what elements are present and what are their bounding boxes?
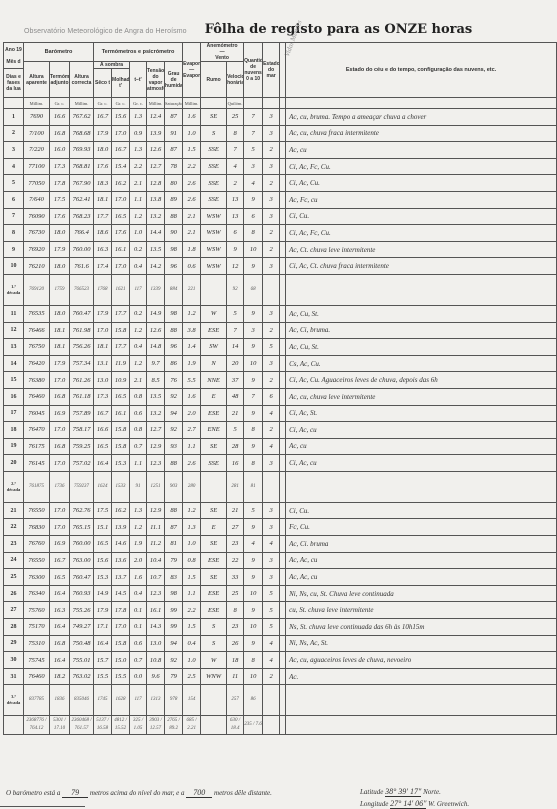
day-cell: 7 xyxy=(4,208,24,225)
cell-evap: 2.2 xyxy=(183,602,201,619)
cell-nuv: 8 xyxy=(244,652,263,669)
summary-mar xyxy=(263,716,280,735)
cell-hum: 78 xyxy=(165,158,183,175)
cell-mar: 3 xyxy=(263,158,280,175)
cell-hum: 86 xyxy=(165,355,183,372)
cell-evap: 1.5 xyxy=(183,142,201,159)
remarks-cell: Ni, Ns, cu, St. Chuva leve continuada xyxy=(286,585,557,602)
cell-mar: 3 xyxy=(263,191,280,208)
summary-evap: 685 / 2.21 xyxy=(183,716,201,735)
cell-vel: 21 xyxy=(227,502,244,519)
cell-alt-cor: 760.00 xyxy=(70,536,94,553)
header-t-diff: t–t' xyxy=(130,62,147,98)
cell-molh: 15.5 xyxy=(112,668,130,685)
table-row: 77609017.6768.2317.716.51.213.2882.1WSW1… xyxy=(4,208,557,225)
cell-vel: 48 xyxy=(227,388,244,405)
cell-evap: 2.1 xyxy=(183,225,201,242)
cell-alt-cor: 758.17 xyxy=(70,422,94,439)
cell-alt-cor: 769.93 xyxy=(70,142,94,159)
cell-mar: 2 xyxy=(263,175,280,192)
cell-mar: 4 xyxy=(263,635,280,652)
remarks-cell: Ci, Ac, cu xyxy=(286,455,557,472)
cell-evap: 1.8 xyxy=(183,241,201,258)
cell-molh: 15.6 xyxy=(112,109,130,126)
table-row: 67/64017.5762.4118.117.01.113.8892.6SSE1… xyxy=(4,191,557,208)
cell-term: 16.0 xyxy=(50,142,70,159)
cell-evap: 1.5 xyxy=(183,569,201,586)
summary-hum: 2765 / 89.2 xyxy=(165,716,183,735)
footer-rule xyxy=(0,806,85,807)
cell-seco: 14.9 xyxy=(94,585,112,602)
cell-term: 16.9 xyxy=(50,536,70,553)
table-row: 147642017.9757.3413.111.91.29.7861.9N201… xyxy=(4,355,557,372)
cell-alt-cor: 768.81 xyxy=(70,158,94,175)
remarks-cell: Ci, Ac, Cu. xyxy=(286,175,557,192)
remarks-cell: Ac, cu, aguaceiros leves de chuva, nevoe… xyxy=(286,652,557,669)
cell-alt-cor: 759.25 xyxy=(70,438,94,455)
cell-seco: 15.1 xyxy=(94,519,112,536)
cell-molh: 17.6 xyxy=(112,225,130,242)
cell-evap: 2.6 xyxy=(183,175,201,192)
header-apparent-height: Altura aparente xyxy=(24,62,50,98)
cell-evap: 1.6 xyxy=(183,109,201,126)
summary-nuv: 68 xyxy=(244,274,263,305)
cell-hum: 87 xyxy=(165,109,183,126)
day-cell: 9 xyxy=(4,241,24,258)
cell-seco: 15.3 xyxy=(94,569,112,586)
cell-rumo: SSE xyxy=(201,142,227,159)
summary-alt-ap: 761875 xyxy=(24,471,50,502)
summary-tensao: 3903 / 12.57 xyxy=(147,716,165,735)
cell-nuv: 9 xyxy=(244,258,263,275)
cell-diff: 1.1 xyxy=(130,191,147,208)
cell-diff: 1.3 xyxy=(130,142,147,159)
remarks-cell: cu, St. chuva leve intermitente xyxy=(286,602,557,619)
summary-vel: 630 / 18.4 xyxy=(227,716,244,735)
cell-hum: 88 xyxy=(165,455,183,472)
cell-molh: 11.9 xyxy=(112,355,130,372)
cell-alt-ap: 76470 xyxy=(24,422,50,439)
remarks-cell: Ci, Ac, St. xyxy=(286,405,557,422)
cell-molh: 15.8 xyxy=(112,322,130,339)
cell-tensao: 12.3 xyxy=(147,455,165,472)
cell-rumo: WSW xyxy=(201,225,227,242)
cell-tensao: 13.0 xyxy=(147,635,165,652)
table-row: 87673018.0766.418.617.61.014.4902.1WSW68… xyxy=(4,225,557,242)
cell-evap: 1.0 xyxy=(183,536,201,553)
summary-hum: 884 xyxy=(165,274,183,305)
decade-summary-row: 2.ª década761875173675923716241533911251… xyxy=(4,471,557,502)
cell-tensao: 14.3 xyxy=(147,619,165,636)
cell-molh: 14.5 xyxy=(112,585,130,602)
cell-alt-cor: 765.15 xyxy=(70,519,94,536)
cell-molh: 16.2 xyxy=(112,502,130,519)
cell-seco: 17.5 xyxy=(94,502,112,519)
cell-diff: 0.1 xyxy=(130,602,147,619)
cell-vel: 7 xyxy=(227,322,244,339)
cell-alt-cor: 762.76 xyxy=(70,502,94,519)
cell-tensao: 12.6 xyxy=(147,322,165,339)
cell-hum: 87 xyxy=(165,519,183,536)
cell-rumo: ESE xyxy=(201,552,227,569)
summary-seco: 1624 xyxy=(94,471,112,502)
summary-alt-cor: 759237 xyxy=(70,471,94,502)
cell-rumo: SE xyxy=(201,569,227,586)
cell-molh: 13.7 xyxy=(112,569,130,586)
cell-vel: 37 xyxy=(227,372,244,389)
cell-nuv: 10 xyxy=(244,668,263,685)
cell-alt-cor: 762.41 xyxy=(70,191,94,208)
decade-summary-row: 1.ª década769120175976652317681621117133… xyxy=(4,274,557,305)
cell-hum: 92 xyxy=(165,388,183,405)
cell-alt-cor: 761.26 xyxy=(70,372,94,389)
cell-diff: 1.2 xyxy=(130,519,147,536)
cell-rumo: SE xyxy=(201,109,227,126)
cell-mar: 3 xyxy=(263,208,280,225)
cell-alt-ap: 77100 xyxy=(24,158,50,175)
cell-mar: 6 xyxy=(263,388,280,405)
cell-rumo: SSE xyxy=(201,455,227,472)
cell-alt-ap: 76340 xyxy=(24,585,50,602)
cell-diff: 0.4 xyxy=(130,339,147,356)
register-table: Ano 19Mês d Barómetro Termómetros e psic… xyxy=(3,42,557,735)
cell-alt-cor: 756.26 xyxy=(70,339,94,356)
cell-nuv: 9 xyxy=(244,602,263,619)
cell-nuv: 3 xyxy=(244,322,263,339)
cell-alt-ap: 76045 xyxy=(24,405,50,422)
remarks-cell: Ns, St. chuva leve continuada das 6h às … xyxy=(286,619,557,636)
summary-term: 5301 / 17.10 xyxy=(50,716,70,735)
cell-rumo: S xyxy=(201,125,227,142)
cell-nuv: 9 xyxy=(244,191,263,208)
cell-nuv: 4 xyxy=(244,536,263,553)
cell-mar: 3 xyxy=(263,109,280,126)
cell-alt-ap: 7/220 xyxy=(24,142,50,159)
cell-mar: 5 xyxy=(263,339,280,356)
cell-alt-cor: 757.89 xyxy=(70,405,94,422)
cell-alt-ap: 76380 xyxy=(24,372,50,389)
register-body: 1769016.6767.6216.715.61.312.4871.6SE257… xyxy=(4,109,557,735)
cell-evap: 0.8 xyxy=(183,552,201,569)
cell-mar: 2 xyxy=(263,225,280,242)
cell-mar: 2 xyxy=(263,241,280,258)
day-cell: 23 xyxy=(4,536,24,553)
summary-alt-cor: 835046 xyxy=(70,685,94,716)
cell-alt-cor: 755.26 xyxy=(70,602,94,619)
cell-alt-cor: 757.34 xyxy=(70,355,94,372)
cell-hum: 76 xyxy=(165,372,183,389)
cell-diff: 0.1 xyxy=(130,619,147,636)
cell-mar: 2 xyxy=(263,372,280,389)
table-row: 117653518.0760.4717.917.70.214.9981.2W59… xyxy=(4,305,557,322)
unit-cell: Saturação=100 xyxy=(165,98,183,109)
summary-term: 1759 xyxy=(50,274,70,305)
cell-hum: 81 xyxy=(165,536,183,553)
summary-diff: 91 xyxy=(130,471,147,502)
summary-vel: 257 xyxy=(227,685,244,716)
cell-rumo: SE xyxy=(201,502,227,519)
cell-evap: 2.7 xyxy=(183,422,201,439)
latitude: Latitude 38° 39′ 17″ Norte. xyxy=(360,787,441,797)
summary-alt-ap: 2368776 / 764.12 xyxy=(24,716,50,735)
summary-evap: 154 xyxy=(183,685,201,716)
table-row: 107621018.0761.617.417.00.414.2960.6WSW1… xyxy=(4,258,557,275)
cell-tensao: 13.5 xyxy=(147,388,165,405)
cell-alt-ap: 7/100 xyxy=(24,125,50,142)
cell-hum: 98 xyxy=(165,241,183,258)
cell-seco: 17.1 xyxy=(94,619,112,636)
barometer-height: 79 xyxy=(62,788,88,798)
cell-diff: 0.4 xyxy=(130,585,147,602)
cell-alt-ap: 76090 xyxy=(24,208,50,225)
cell-hum: 79 xyxy=(165,552,183,569)
cell-rumo: ESE xyxy=(201,585,227,602)
cell-seco: 17.4 xyxy=(94,258,112,275)
header-dry: Sêco t xyxy=(94,69,112,98)
cell-diff: 1.0 xyxy=(130,225,147,242)
cell-tensao: 9.7 xyxy=(147,355,165,372)
cell-molh: 17.0 xyxy=(112,191,130,208)
cell-evap: 1.1 xyxy=(183,438,201,455)
summary-molh: 1533 xyxy=(112,471,130,502)
cell-seco: 17.9 xyxy=(94,125,112,142)
cell-term: 17.0 xyxy=(50,519,70,536)
cell-alt-ap: 77050 xyxy=(24,175,50,192)
table-row: 127646618.1761.9817.015.81.212.6883.8ESE… xyxy=(4,322,557,339)
cell-mar: 4 xyxy=(263,405,280,422)
cell-evap: 1.5 xyxy=(183,619,201,636)
page-title: Fôlha de registo para as ONZE horas xyxy=(0,22,557,37)
table-row: 187647017.0758.1716.615.80.812.7922.7ENE… xyxy=(4,422,557,439)
cell-alt-ap: 76550 xyxy=(24,502,50,519)
longitude: Longitude 27° 14′ 06″ W. Greenwich. xyxy=(360,799,469,809)
remarks-cell: Ac, Ac, cu xyxy=(286,569,557,586)
summary-diff: 117 xyxy=(130,685,147,716)
cell-nuv: 8 xyxy=(244,455,263,472)
cell-hum: 94 xyxy=(165,635,183,652)
cell-diff: 2.1 xyxy=(130,372,147,389)
unit-cell: Millim. xyxy=(183,98,201,109)
cell-diff: 0.7 xyxy=(130,438,147,455)
cell-molh: 15.3 xyxy=(112,455,130,472)
cell-vel: 25 xyxy=(227,585,244,602)
cell-diff: 2.1 xyxy=(130,175,147,192)
remarks-cell: Ac. xyxy=(286,668,557,685)
cell-diff: 0.2 xyxy=(130,305,147,322)
cell-rumo: N xyxy=(201,355,227,372)
cell-alt-cor: 761.18 xyxy=(70,388,94,405)
day-cell: 20 xyxy=(4,455,24,472)
cell-hum: 83 xyxy=(165,569,183,586)
cell-vel: 14 xyxy=(227,339,244,356)
cell-mar: 5 xyxy=(263,619,280,636)
summary-alt-ap: 837785 xyxy=(24,685,50,716)
header-attached-thermometer: Termómetro adjunto xyxy=(50,62,70,98)
cell-hum: 88 xyxy=(165,208,183,225)
summary-seco: 1745 xyxy=(94,685,112,716)
cell-nuv: 9 xyxy=(244,305,263,322)
cell-term: 17.0 xyxy=(50,372,70,389)
cell-alt-cor: 767.62 xyxy=(70,109,94,126)
cell-molh: 15.4 xyxy=(112,158,130,175)
cell-evap: 1.6 xyxy=(183,388,201,405)
cell-rumo: SSE xyxy=(201,175,227,192)
cell-molh: 17.8 xyxy=(112,602,130,619)
cell-tensao: 9.6 xyxy=(147,668,165,685)
cell-tensao: 14.9 xyxy=(147,305,165,322)
table-row: 57705017.8767.9018.316.22.112.8802.6SSE2… xyxy=(4,175,557,192)
header-sky-state: Estado do céu e do tempo, configuração d… xyxy=(286,43,557,98)
cell-tensao: 13.2 xyxy=(147,405,165,422)
cell-rumo: WSW xyxy=(201,241,227,258)
cell-mar: 3 xyxy=(263,125,280,142)
cell-hum: 94 xyxy=(165,405,183,422)
cell-evap: 2.1 xyxy=(183,208,201,225)
cell-seco: 18.1 xyxy=(94,191,112,208)
summary-evap: 280 xyxy=(183,471,201,502)
summary-rumo xyxy=(201,471,227,502)
cell-seco: 17.9 xyxy=(94,602,112,619)
cell-rumo: ESE xyxy=(201,602,227,619)
remarks-cell: Ci, Ac, cu xyxy=(286,422,557,439)
remarks-cell: Ac, cu, chuva leve intermitente xyxy=(286,388,557,405)
table-row: 287517016.4749.2717.117.00.114.3991.5S23… xyxy=(4,619,557,636)
remarks-cell: Ac, Ci. bruma xyxy=(286,536,557,553)
summary-term: 1736 xyxy=(50,471,70,502)
cell-nuv: 7 xyxy=(244,109,263,126)
cell-tensao: 10.8 xyxy=(147,652,165,669)
cell-hum: 91 xyxy=(165,125,183,142)
summary-nuv: 86 xyxy=(244,685,263,716)
remarks-cell: Ci, Ac, Fc, Cu. xyxy=(286,225,557,242)
summary-mar xyxy=(263,274,280,305)
cell-mar: 2 xyxy=(263,422,280,439)
cell-rumo: W xyxy=(201,652,227,669)
cell-hum: 90 xyxy=(165,225,183,242)
header-year-month: Ano 19Mês d xyxy=(4,43,24,69)
header-evaporometer: Evaporómetro—Evaporação xyxy=(183,43,201,98)
header-barometer: Barómetro xyxy=(24,43,94,62)
cell-mar: 4 xyxy=(263,536,280,553)
table-row: 177604516.9757.8916.716.10.613.2942.0ESE… xyxy=(4,405,557,422)
register-sheet: Observatório Meteorológico de Angra do H… xyxy=(0,0,557,809)
cell-tensao: 10.4 xyxy=(147,552,165,569)
cell-mar: 3 xyxy=(263,305,280,322)
day-cell: 10 xyxy=(4,258,24,275)
cell-alt-cor: 760.00 xyxy=(70,241,94,258)
cell-nuv: 5 xyxy=(244,142,263,159)
summary-seco: 1768 xyxy=(94,274,112,305)
cell-tensao: 11.2 xyxy=(147,536,165,553)
cell-term: 17.0 xyxy=(50,422,70,439)
cell-diff: 1.3 xyxy=(130,502,147,519)
cell-vel: 23 xyxy=(227,619,244,636)
summary-alt-cor: 2360468 / 761.57 xyxy=(70,716,94,735)
cell-alt-ap: 75170 xyxy=(24,619,50,636)
header-shade: À sombra xyxy=(94,62,130,69)
cell-evap: 2.2 xyxy=(183,158,201,175)
cell-hum: 89 xyxy=(165,191,183,208)
cell-evap: 1.3 xyxy=(183,519,201,536)
cell-term: 17.9 xyxy=(50,241,70,258)
cell-seco: 18.1 xyxy=(94,339,112,356)
cell-vel: 20 xyxy=(227,355,244,372)
cell-mar: 3 xyxy=(263,552,280,569)
summary-hum: 903 xyxy=(165,471,183,502)
cell-diff: 1.2 xyxy=(130,355,147,372)
cell-vel: 6 xyxy=(227,225,244,242)
cell-seco: 17.6 xyxy=(94,158,112,175)
cell-alt-cor: 767.90 xyxy=(70,175,94,192)
day-cell: 1 xyxy=(4,109,24,126)
table-row: 167646016.8761.1817.316.50.813.5921.6E48… xyxy=(4,388,557,405)
cell-hum: 87 xyxy=(165,142,183,159)
cell-vel: 7 xyxy=(227,142,244,159)
summary-seco: 5137 / 16.58 xyxy=(94,716,112,735)
cell-rumo: S xyxy=(201,635,227,652)
unit-cell: Gr. c. xyxy=(94,98,112,109)
cell-vel: 26 xyxy=(227,635,244,652)
cell-term: 17.8 xyxy=(50,175,70,192)
cell-rumo: ENE xyxy=(201,422,227,439)
header-vapor-tension: Tensão do vapor atmosférico xyxy=(147,62,165,98)
cell-seco: 16.4 xyxy=(94,455,112,472)
table-row: 97692017.9760.0016.316.10.213.5981.8WSW9… xyxy=(4,241,557,258)
table-row: 267634016.4760.9314.914.50.412.3981.1ESE… xyxy=(4,585,557,602)
cell-seco: 17.3 xyxy=(94,388,112,405)
cell-diff: 1.9 xyxy=(130,536,147,553)
cell-diff: 1.3 xyxy=(130,109,147,126)
day-cell: 8 xyxy=(4,225,24,242)
cell-nuv: 4 xyxy=(244,175,263,192)
cell-tensao: 13.8 xyxy=(147,191,165,208)
cell-rumo: SSE xyxy=(201,191,227,208)
remarks-cell: Ci, Cu. xyxy=(286,502,557,519)
cell-diff: 0.8 xyxy=(130,422,147,439)
cell-tensao: 14.2 xyxy=(147,258,165,275)
summary-rumo xyxy=(201,274,227,305)
table-row: 197617516.8759.2516.515.80.712.9931.1SE2… xyxy=(4,438,557,455)
cell-diff: 1.1 xyxy=(130,455,147,472)
cell-mar: 3 xyxy=(263,258,280,275)
header-wet: Molhado t' xyxy=(112,69,130,98)
unit-cell: Millim. xyxy=(24,98,50,109)
summary-label: 3.ª década xyxy=(4,685,24,716)
table-row: 257630016.5760.4715.313.71.610.7831.5SE3… xyxy=(4,569,557,586)
cell-term: 18.0 xyxy=(50,305,70,322)
cell-tensao: 12.9 xyxy=(147,438,165,455)
cell-nuv: 5 xyxy=(244,502,263,519)
header-thermometers: Termómetros e psicrómetro xyxy=(94,43,183,62)
cell-molh: 13.6 xyxy=(112,552,130,569)
cell-term: 16.4 xyxy=(50,652,70,669)
cell-evap: 1.1 xyxy=(183,585,201,602)
day-cell: 4 xyxy=(4,158,24,175)
cell-tensao: 13.9 xyxy=(147,125,165,142)
cell-alt-ap: 76210 xyxy=(24,258,50,275)
cell-evap: 5.5 xyxy=(183,372,201,389)
cell-rumo: WSW xyxy=(201,258,227,275)
cell-alt-ap: 76750 xyxy=(24,339,50,356)
cell-alt-cor: 749.27 xyxy=(70,619,94,636)
header-humidity: Grau de humidade xyxy=(165,62,183,98)
summary-tensao: 1313 xyxy=(147,685,165,716)
remarks-cell: Ni, Ns, Ac, St. xyxy=(286,635,557,652)
cell-mar: 2 xyxy=(263,142,280,159)
unit-cell: Gr. c. xyxy=(112,98,130,109)
cell-diff: 0.7 xyxy=(130,652,147,669)
cell-rumo: WNW xyxy=(201,668,227,685)
